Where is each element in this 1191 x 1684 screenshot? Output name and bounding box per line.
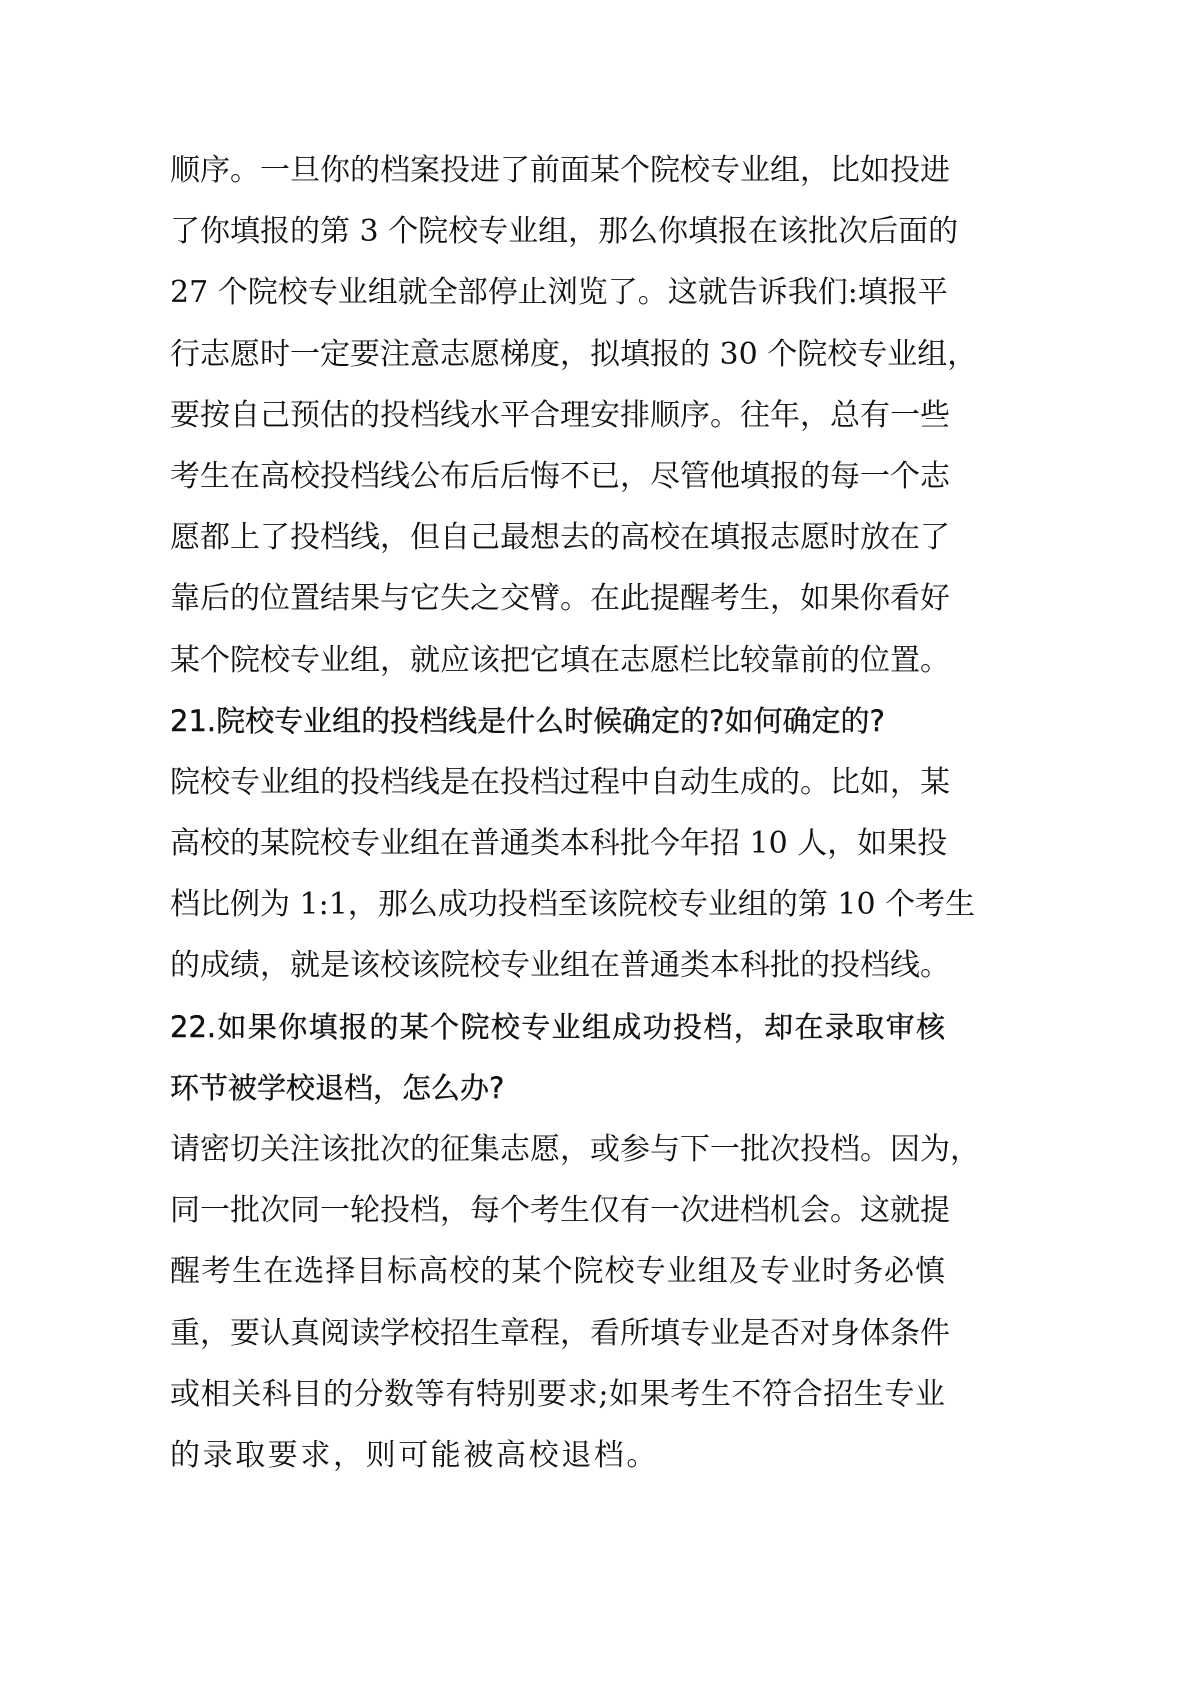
text-line: 行志愿时一定要注意志愿梯度，拟填报的 30 个院校专业组， bbox=[170, 324, 945, 385]
text-line: 考生在高校投档线公布后后悔不已，尽管他填报的每一个志 bbox=[170, 446, 945, 507]
text-line: 重，要认真阅读学校招生章程，看所填专业是否对身体条件 bbox=[170, 1303, 945, 1364]
text-line: 愿都上了投档线，但自己最想去的高校在填报志愿时放在了 bbox=[170, 507, 945, 568]
text-line: 的录取要求，则可能被高校退档。 bbox=[170, 1425, 945, 1486]
text-line: 档比例为 1:1，那么成功投档至该院校专业组的第 10 个考生 bbox=[170, 874, 945, 935]
text-line: 同一批次同一轮投档，每个考生仅有一次进档机会。这就提 bbox=[170, 1180, 945, 1241]
section-q21: 21.院校专业组的投档线是什么时候确定的?如何确定的? 院校专业组的投档线是在投… bbox=[170, 691, 945, 997]
paragraph-admission-order: 顺序。一旦你的档案投进了前面某个院校专业组，比如投进 了你填报的第 3 个院校专… bbox=[170, 140, 945, 691]
text-line: 院校专业组的投档线是在投档过程中自动生成的。比如，某 bbox=[170, 752, 945, 813]
text-line: 顺序。一旦你的档案投进了前面某个院校专业组，比如投进 bbox=[170, 140, 945, 201]
text-line: 高校的某院校专业组在普通类本科批今年招 10 人，如果投 bbox=[170, 813, 945, 874]
text-line: 或相关科目的分数等有特别要求;如果考生不符合招生专业 bbox=[170, 1364, 945, 1425]
text-line: 某个院校专业组，就应该把它填在志愿栏比较靠前的位置。 bbox=[170, 630, 945, 691]
section-q22: 22.如果你填报的某个院校专业组成功投档，却在录取审核 环节被学校退档，怎么办?… bbox=[170, 997, 945, 1487]
text-line: 醒考生在选择目标高校的某个院校专业组及专业时务必慎 bbox=[170, 1241, 945, 1302]
text-line: 要按自己预估的投档线水平合理安排顺序。往年，总有一些 bbox=[170, 385, 945, 446]
question-heading-22: 22.如果你填报的某个院校专业组成功投档，却在录取审核 bbox=[170, 997, 945, 1058]
text-line: 请密切关注该批次的征集志愿，或参与下一批次投档。因为， bbox=[170, 1119, 945, 1180]
question-heading-21: 21.院校专业组的投档线是什么时候确定的?如何确定的? bbox=[170, 691, 945, 752]
document-page: 顺序。一旦你的档案投进了前面某个院校专业组，比如投进 了你填报的第 3 个院校专… bbox=[170, 140, 945, 1486]
text-line: 了你填报的第 3 个院校专业组，那么你填报在该批次后面的 bbox=[170, 201, 945, 262]
text-line: 靠后的位置结果与它失之交臂。在此提醒考生，如果你看好 bbox=[170, 568, 945, 629]
text-line: 27 个院校专业组就全部停止浏览了。这就告诉我们:填报平 bbox=[170, 262, 945, 323]
text-line: 的成绩，就是该校该院校专业组在普通类本科批的投档线。 bbox=[170, 935, 945, 996]
question-heading-22-cont: 环节被学校退档，怎么办? bbox=[170, 1058, 945, 1119]
